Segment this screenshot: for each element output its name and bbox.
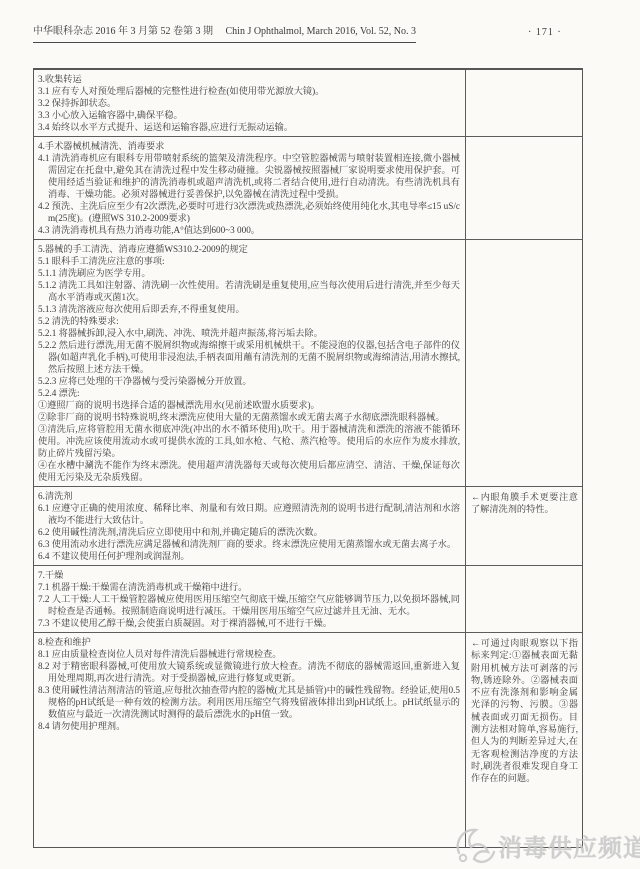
clause-text: ②除非厂商的说明书特殊说明,终末漂洗应使用大量的无菌蒸馏水或无菌去离子水彻底漂洗… — [38, 411, 460, 423]
clause-text: 4.手术器械机械清洗、消毒要求 — [38, 140, 460, 152]
clause-text: 5.1 眼科手工清洗应注意的事项: — [38, 255, 460, 267]
clause-text: 5.2.1 将器械拆卸,浸入水中,刷洗、冲洗、喷洗并超声振荡,将污垢去除。 — [38, 327, 460, 339]
clause-text: 6.4 不建议使用任何护理剂或润湿剂。 — [38, 550, 460, 562]
row-main-cell: 6.清洗剂6.1 应遵守正确的使用浓度、稀释比率、剂量和有效日期。应遵照清洗剂的… — [34, 487, 466, 565]
row-main-cell: 8.检查和维护8.1 应由质量检查岗位人员对每件清洗后器械进行常规检查。8.2 … — [34, 633, 466, 847]
clause-text: 4.2 预洗、主洗后应至少有2次漂洗,必要时可进行3次漂洗或热漂洗,必须始终使用… — [38, 200, 460, 224]
table-row: 6.清洗剂6.1 应遵守正确的使用浓度、稀释比率、剂量和有效日期。应遵照清洗剂的… — [34, 487, 582, 566]
clause-text: ③清洗后,应将管腔用无菌水彻底冲洗(冲出的水不循环使用),吹干。用于器械清洗和漂… — [38, 423, 460, 459]
clause-text: 8.2 对于精密眼科器械,可使用放大镜系统或显微镜进行放大检查。清洗不彻底的器械… — [38, 660, 460, 684]
clause-text: 4.3 清洗消毒机具有热力消毒功能,A°值达到600~3 000。 — [38, 224, 460, 236]
table-row: 8.检查和维护8.1 应由质量检查岗位人员对每件清洗后器械进行常规检查。8.2 … — [34, 633, 582, 847]
row-main-cell: 5.器械的手工清洗、消毒应遵循WS310.2-2009的规定5.1 眼科手工清洗… — [34, 240, 466, 486]
clause-text: 5.2.3 应将已处理的干净器械与受污染器械分开放置。 — [38, 375, 460, 387]
clause-text: 6.清洗剂 — [38, 490, 460, 502]
clause-text: 5.1.2 清洗工具如注射器、清洗刷一次性使用。若清洗刷是重复使用,应当每次使用… — [38, 279, 460, 303]
clause-text: 5.器械的手工清洗、消毒应遵循WS310.2-2009的规定 — [38, 243, 460, 255]
clause-text: 5.1.1 清洗刷应为医学专用。 — [38, 267, 460, 279]
clause-text: 8.3 使用碱性清洁剂清洁的管道,应每批次抽查带内腔的器械(尤其是插管)中的碱性… — [38, 684, 460, 720]
page-number: · 171 · — [528, 27, 562, 39]
clause-text: 6.1 应遵守正确的使用浓度、稀释比率、剂量和有效日期。应遵照清洗剂的说明书进行… — [38, 502, 460, 526]
table-row: 7.干燥7.1 机器干燥:干燥需在清洗消毒机或干燥箱中进行。7.2 人工干燥:人… — [34, 566, 582, 633]
procedure-table: 3.收集转运3.1 应有专人对预处理后器械的完整性进行检查(如使用带光源放大镜)… — [33, 68, 583, 848]
clause-text: 4.1 清洗消毒机应有眼科专用带喷射系统的篮架及清洗程序。中空管腔器械需与喷射装… — [38, 152, 460, 200]
clause-text: 8.检查和维护 — [38, 636, 460, 648]
journal-title-cn: 中华眼科杂志 2016 年 3 月第 52 卷第 3 期 — [33, 26, 213, 37]
clause-text: 7.2 人工干燥:人工干燥管腔器械应使用医用压缩空气彻底干燥,压缩空气应能够调节… — [38, 593, 460, 617]
row-note-cell: ←内眼角膜手术更要注意了解清洗剂的特性。 — [466, 487, 582, 565]
clause-text: 3.收集转运 — [38, 73, 460, 85]
clause-text: 7.3 不建议使用乙醇干燥,会使蛋白质凝固。对于裸消器械,可不进行干燥。 — [38, 617, 460, 629]
row-note-cell — [466, 70, 582, 136]
clause-text: 3.4 始终以水平方式提升、运送和运输容器,应进行无振动运输。 — [38, 121, 460, 133]
row-main-cell: 4.手术器械机械清洗、消毒要求4.1 清洗消毒机应有眼科专用带喷射系统的篮架及清… — [34, 137, 466, 239]
note-text: ←可通过肉眼观察以下指标来判定:①器械表面无黏附用机械方法可剥落的污物,锈迹除外… — [471, 637, 578, 785]
row-note-cell: ←可通过肉眼观察以下指标来判定:①器械表面无黏附用机械方法可剥落的污物,锈迹除外… — [466, 633, 582, 847]
table-row: 3.收集转运3.1 应有专人对预处理后器械的完整性进行检查(如使用带光源放大镜)… — [34, 70, 582, 137]
table-row: 4.手术器械机械清洗、消毒要求4.1 清洗消毒机应有眼科专用带喷射系统的篮架及清… — [34, 137, 582, 240]
row-note-cell — [466, 566, 582, 632]
journal-title: 中华眼科杂志 2016 年 3 月第 52 卷第 3 期 Chin J Opht… — [33, 26, 416, 43]
clause-text: 8.4 请勿使用护理剂。 — [38, 720, 460, 732]
clause-text: 5.2.4 漂洗: — [38, 387, 460, 399]
row-main-cell: 3.收集转运3.1 应有专人对预处理后器械的完整性进行检查(如使用带光源放大镜)… — [34, 70, 466, 136]
clause-text: 3.2 保持拆卸状态。 — [38, 97, 460, 109]
table-row: 5.器械的手工清洗、消毒应遵循WS310.2-2009的规定5.1 眼科手工清洗… — [34, 240, 582, 487]
row-note-cell — [466, 240, 582, 486]
note-text: ←内眼角膜手术更要注意了解清洗剂的特性。 — [471, 491, 578, 516]
clause-text: ①遵照厂商的说明书选择合适的器械漂洗用水(见前述欧盟水质要求)。 — [38, 399, 460, 411]
journal-title-en: Chin J Ophthalmol, March 2016, Vol. 52, … — [226, 26, 416, 37]
clause-text: 5.2 清洗的特殊要求: — [38, 315, 460, 327]
clause-text: 8.1 应由质量检查岗位人员对每件清洗后器械进行常规检查。 — [38, 648, 460, 660]
clause-text: 7.干燥 — [38, 569, 460, 581]
page-header: 中华眼科杂志 2016 年 3 月第 52 卷第 3 期 Chin J Opht… — [33, 26, 607, 43]
row-main-cell: 7.干燥7.1 机器干燥:干燥需在清洗消毒机或干燥箱中进行。7.2 人工干燥:人… — [34, 566, 466, 632]
clause-text: ④在水槽中涮洗不能作为终末漂洗。使用超声清洗器每天或每次使用后都应清空、清洁、干… — [38, 459, 460, 483]
clause-text: 3.3 小心放入运输容器中,确保平稳。 — [38, 109, 460, 121]
row-note-cell — [466, 137, 582, 239]
clause-text: 5.2.2 然后进行漂洗,用无菌不脱屑织物或海绵擦干或采用机械烘干。不能浸泡的仪… — [38, 339, 460, 375]
clause-text: 7.1 机器干燥:干燥需在清洗消毒机或干燥箱中进行。 — [38, 581, 460, 593]
clause-text: 6.3 使用流动水进行漂洗应满足器械和清洗剂厂商的要求。终末漂洗应使用无菌蒸馏水… — [38, 538, 460, 550]
clause-text: 3.1 应有专人对预处理后器械的完整性进行检查(如使用带光源放大镜)。 — [38, 85, 460, 97]
clause-text: 6.2 使用碱性清洗剂,清洗后应立即使用中和剂,并确定随后的漂洗次数。 — [38, 526, 460, 538]
clause-text: 5.1.3 清洗溶液应每次使用后即丢弃,不得重复使用。 — [38, 303, 460, 315]
